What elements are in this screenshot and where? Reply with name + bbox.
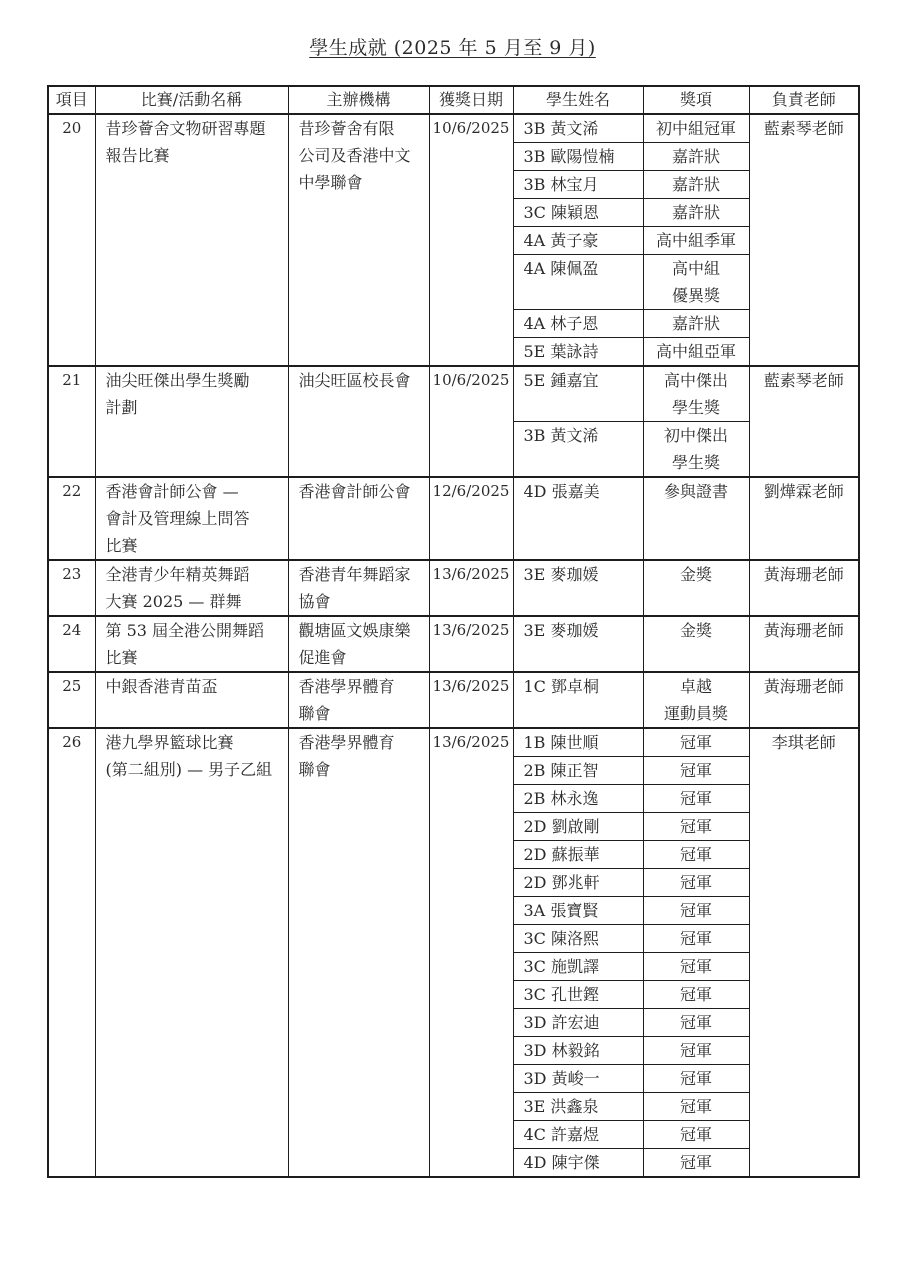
organizer-cell-line: 香港青年舞蹈家 (299, 561, 425, 588)
item-number-cell-line: 22 (49, 478, 95, 505)
award-cell-line: 冠軍 (644, 757, 749, 784)
student-name-cell-line: 3E 麥珈媛 (524, 617, 643, 644)
organizer-cell-line: 協會 (299, 588, 425, 615)
student-name-cell: 5E 鍾嘉宜 (513, 366, 643, 422)
achievements-table: 項目 比賽/活動名稱 主辦機構 獲獎日期 學生姓名 獎項 負責老師 20昔珍薈舍… (47, 85, 860, 1178)
award-date-cell: 10/6/2025 (429, 366, 513, 477)
teacher-cell-line: 藍素琴老師 (750, 367, 859, 394)
student-name-cell: 3B 黃文浠 (513, 114, 643, 143)
student-name-cell-line: 3E 麥珈媛 (524, 561, 643, 588)
activity-name-cell-line: 比賽 (106, 532, 283, 559)
organizer-cell: 香港學界體育聯會 (288, 672, 429, 728)
activity-name-cell: 香港會計師公會 —會計及管理線上問答比賽 (95, 477, 288, 560)
header-organizer: 主辦機構 (288, 86, 429, 114)
award-cell-line: 嘉許狀 (644, 143, 749, 170)
student-name-cell: 2D 鄧兆軒 (513, 869, 643, 897)
student-name-cell-line: 4A 黃子豪 (524, 227, 643, 254)
student-name-cell-line: 3D 許宏迪 (524, 1009, 643, 1036)
award-cell-line: 高中組 (644, 255, 749, 282)
award-cell: 初中組冠軍 (643, 114, 749, 143)
award-cell-line: 金獎 (644, 561, 749, 588)
activity-name-cell-line: 全港青少年精英舞蹈 (106, 561, 283, 588)
award-cell: 高中傑出學生獎 (643, 366, 749, 422)
organizer-cell-line: 昔珍薈舍有限 (299, 115, 425, 142)
award-cell: 冠軍 (643, 1037, 749, 1065)
student-name-cell: 3C 陳穎恩 (513, 199, 643, 227)
award-cell-line: 冠軍 (644, 869, 749, 896)
activity-name-cell-line: 昔珍薈舍文物研習專題 (106, 115, 283, 142)
award-date-cell-line: 13/6/2025 (430, 673, 513, 700)
award-cell: 嘉許狀 (643, 171, 749, 199)
student-name-cell: 3C 陳洛熙 (513, 925, 643, 953)
award-cell-line: 冠軍 (644, 785, 749, 812)
table-row: 20昔珍薈舍文物研習專題報告比賽昔珍薈舍有限公司及香港中文中學聯會10/6/20… (48, 114, 859, 143)
teacher-cell: 藍素琴老師 (749, 366, 859, 477)
award-cell-line: 高中傑出 (644, 367, 749, 394)
award-cell-line: 優異獎 (644, 282, 749, 309)
organizer-cell: 昔珍薈舍有限公司及香港中文中學聯會 (288, 114, 429, 366)
teacher-cell-line: 藍素琴老師 (750, 115, 859, 142)
award-date-cell-line: 12/6/2025 (430, 478, 513, 505)
award-cell-line: 學生獎 (644, 394, 749, 421)
award-date-cell-line: 13/6/2025 (430, 561, 513, 588)
organizer-cell-line: 促進會 (299, 644, 425, 671)
student-name-cell: 4A 黃子豪 (513, 227, 643, 255)
item-number-cell: 26 (48, 728, 95, 1177)
award-cell: 卓越運動員獎 (643, 672, 749, 728)
award-cell-line: 冠軍 (644, 1009, 749, 1036)
activity-name-cell: 油尖旺傑出學生獎勵計劃 (95, 366, 288, 477)
student-name-cell-line: 3B 黃文浠 (524, 422, 643, 449)
award-cell: 高中組季軍 (643, 227, 749, 255)
student-name-cell: 3B 黃文浠 (513, 422, 643, 478)
student-name-cell-line: 2B 陳正智 (524, 757, 643, 784)
award-cell-line: 冠軍 (644, 1093, 749, 1120)
item-number-cell: 21 (48, 366, 95, 477)
student-name-cell: 3E 洪鑫泉 (513, 1093, 643, 1121)
award-cell-line: 冠軍 (644, 841, 749, 868)
organizer-cell-line: 香港學界體育 (299, 673, 425, 700)
student-name-cell-line: 3B 黃文浠 (524, 115, 643, 142)
teacher-cell: 藍素琴老師 (749, 114, 859, 366)
award-date-cell: 12/6/2025 (429, 477, 513, 560)
award-cell: 冠軍 (643, 841, 749, 869)
award-cell-line: 運動員獎 (644, 700, 749, 727)
header-item: 項目 (48, 86, 95, 114)
teacher-cell-line: 黃海珊老師 (750, 673, 859, 700)
activity-name-cell: 第 53 屆全港公開舞蹈比賽 (95, 616, 288, 672)
activity-name-cell-line: 油尖旺傑出學生獎勵 (106, 367, 283, 394)
award-cell: 冠軍 (643, 869, 749, 897)
student-name-cell: 2D 蘇振華 (513, 841, 643, 869)
organizer-cell-line: 香港會計師公會 (299, 478, 425, 505)
organizer-cell-line: 油尖旺區校長會 (299, 367, 425, 394)
student-name-cell: 2B 陳正智 (513, 757, 643, 785)
award-cell-line: 金獎 (644, 617, 749, 644)
student-name-cell: 3C 施凱譯 (513, 953, 643, 981)
organizer-cell-line: 聯會 (299, 756, 425, 783)
item-number-cell-line: 25 (49, 673, 95, 700)
award-cell: 冠軍 (643, 1065, 749, 1093)
activity-name-cell-line: 第 53 屆全港公開舞蹈 (106, 617, 283, 644)
student-name-cell: 3A 張寶賢 (513, 897, 643, 925)
award-cell: 參與證書 (643, 477, 749, 560)
award-cell: 嘉許狀 (643, 143, 749, 171)
award-cell: 冠軍 (643, 1009, 749, 1037)
award-cell-line: 冠軍 (644, 1065, 749, 1092)
activity-name-cell-line: 比賽 (106, 644, 283, 671)
student-name-cell-line: 2B 林永逸 (524, 785, 643, 812)
header-activity: 比賽/活動名稱 (95, 86, 288, 114)
teacher-cell-line: 劉燁霖老師 (750, 478, 859, 505)
student-name-cell-line: 3C 孔世鏗 (524, 981, 643, 1008)
award-date-cell: 13/6/2025 (429, 560, 513, 616)
student-name-cell-line: 3C 陳洛熙 (524, 925, 643, 952)
activity-name-cell-line: (第二組別) — 男子乙組 (106, 756, 283, 783)
award-cell: 嘉許狀 (643, 199, 749, 227)
item-number-cell-line: 24 (49, 617, 95, 644)
award-cell: 冠軍 (643, 1093, 749, 1121)
student-name-cell-line: 4A 林子恩 (524, 310, 643, 337)
award-cell: 冠軍 (643, 757, 749, 785)
student-name-cell: 5E 葉詠詩 (513, 338, 643, 367)
award-cell-line: 高中組季軍 (644, 227, 749, 254)
award-date-cell: 13/6/2025 (429, 616, 513, 672)
activity-name-cell-line: 報告比賽 (106, 142, 283, 169)
award-cell-line: 初中傑出 (644, 422, 749, 449)
award-cell: 冠軍 (643, 1149, 749, 1178)
award-cell-line: 卓越 (644, 673, 749, 700)
activity-name-cell-line: 中銀香港青苗盃 (106, 673, 283, 700)
organizer-cell: 香港會計師公會 (288, 477, 429, 560)
student-name-cell: 3E 麥珈媛 (513, 616, 643, 672)
student-name-cell: 4A 陳佩盈 (513, 255, 643, 310)
activity-name-cell-line: 計劃 (106, 394, 283, 421)
header-student: 學生姓名 (513, 86, 643, 114)
activity-name-cell-line: 大賽 2025 — 群舞 (106, 588, 283, 615)
teacher-cell-line: 黃海珊老師 (750, 617, 859, 644)
table-header-row: 項目 比賽/活動名稱 主辦機構 獲獎日期 學生姓名 獎項 負責老師 (48, 86, 859, 114)
award-cell-line: 冠軍 (644, 1149, 749, 1176)
organizer-cell: 香港學界體育聯會 (288, 728, 429, 1177)
student-name-cell-line: 5E 葉詠詩 (524, 338, 643, 365)
student-name-cell: 4C 許嘉煜 (513, 1121, 643, 1149)
student-name-cell: 4A 林子恩 (513, 310, 643, 338)
student-name-cell: 2D 劉啟剛 (513, 813, 643, 841)
award-cell: 冠軍 (643, 897, 749, 925)
teacher-cell: 李琪老師 (749, 728, 859, 1177)
award-cell-line: 冠軍 (644, 729, 749, 756)
organizer-cell-line: 中學聯會 (299, 169, 425, 196)
student-name-cell-line: 3D 林毅銘 (524, 1037, 643, 1064)
award-cell: 冠軍 (643, 981, 749, 1009)
award-cell-line: 嘉許狀 (644, 199, 749, 226)
student-name-cell-line: 3B 歐陽愷楠 (524, 143, 643, 170)
student-name-cell: 3D 許宏迪 (513, 1009, 643, 1037)
award-cell-line: 學生獎 (644, 449, 749, 476)
header-teacher: 負責老師 (749, 86, 859, 114)
student-name-cell-line: 4D 張嘉美 (524, 478, 643, 505)
award-cell-line: 初中組冠軍 (644, 115, 749, 142)
award-cell: 初中傑出學生獎 (643, 422, 749, 478)
table-row: 22香港會計師公會 —會計及管理線上問答比賽香港會計師公會12/6/20254D… (48, 477, 859, 560)
award-date-cell-line: 13/6/2025 (430, 729, 513, 756)
student-name-cell: 3B 林宝月 (513, 171, 643, 199)
award-cell: 嘉許狀 (643, 310, 749, 338)
organizer-cell-line: 香港學界體育 (299, 729, 425, 756)
award-date-cell: 13/6/2025 (429, 672, 513, 728)
student-name-cell: 3E 麥珈媛 (513, 560, 643, 616)
award-date-cell: 13/6/2025 (429, 728, 513, 1177)
student-name-cell: 4D 張嘉美 (513, 477, 643, 560)
award-cell-line: 冠軍 (644, 953, 749, 980)
award-cell-line: 冠軍 (644, 897, 749, 924)
organizer-cell: 油尖旺區校長會 (288, 366, 429, 477)
student-name-cell: 1B 陳世順 (513, 728, 643, 757)
teacher-cell-line: 黃海珊老師 (750, 561, 859, 588)
award-date-cell-line: 10/6/2025 (430, 367, 513, 394)
item-number-cell: 22 (48, 477, 95, 560)
activity-name-cell: 港九學界籃球比賽(第二組別) — 男子乙組 (95, 728, 288, 1177)
item-number-cell-line: 23 (49, 561, 95, 588)
student-name-cell-line: 3A 張寶賢 (524, 897, 643, 924)
award-cell: 冠軍 (643, 953, 749, 981)
item-number-cell: 20 (48, 114, 95, 366)
student-name-cell-line: 1B 陳世順 (524, 729, 643, 756)
organizer-cell-line: 聯會 (299, 700, 425, 727)
item-number-cell-line: 20 (49, 115, 95, 142)
student-name-cell-line: 3C 陳穎恩 (524, 199, 643, 226)
activity-name-cell-line: 港九學界籃球比賽 (106, 729, 283, 756)
student-name-cell-line: 2D 鄧兆軒 (524, 869, 643, 896)
award-cell: 高中組優異獎 (643, 255, 749, 310)
item-number-cell-line: 26 (49, 729, 95, 756)
student-name-cell-line: 3D 黃峻一 (524, 1065, 643, 1092)
teacher-cell: 劉燁霖老師 (749, 477, 859, 560)
teacher-cell: 黃海珊老師 (749, 672, 859, 728)
activity-name-cell-line: 香港會計師公會 — (106, 478, 283, 505)
activity-name-cell: 昔珍薈舍文物研習專題報告比賽 (95, 114, 288, 366)
award-cell-line: 高中組亞軍 (644, 338, 749, 365)
award-date-cell-line: 13/6/2025 (430, 617, 513, 644)
student-name-cell: 4D 陳宇傑 (513, 1149, 643, 1178)
student-name-cell-line: 5E 鍾嘉宜 (524, 367, 643, 394)
award-cell-line: 嘉許狀 (644, 171, 749, 198)
award-cell: 冠軍 (643, 813, 749, 841)
organizer-cell: 香港青年舞蹈家協會 (288, 560, 429, 616)
table-row: 24第 53 屆全港公開舞蹈比賽觀塘區文娛康樂促進會13/6/20253E 麥珈… (48, 616, 859, 672)
award-cell-line: 冠軍 (644, 925, 749, 952)
student-name-cell-line: 3E 洪鑫泉 (524, 1093, 643, 1120)
organizer-cell: 觀塘區文娛康樂促進會 (288, 616, 429, 672)
award-date-cell: 10/6/2025 (429, 114, 513, 366)
award-cell: 冠軍 (643, 1121, 749, 1149)
table-row: 21油尖旺傑出學生獎勵計劃油尖旺區校長會10/6/20255E 鍾嘉宜高中傑出學… (48, 366, 859, 422)
student-name-cell-line: 2D 劉啟剛 (524, 813, 643, 840)
document-page: 學生成就 (2025 年 5 月至 9 月) 項目 比賽/活動名稱 主辦機構 獲… (0, 0, 905, 1280)
student-name-cell: 3D 林毅銘 (513, 1037, 643, 1065)
activity-name-cell: 全港青少年精英舞蹈大賽 2025 — 群舞 (95, 560, 288, 616)
award-cell-line: 冠軍 (644, 1121, 749, 1148)
item-number-cell: 23 (48, 560, 95, 616)
organizer-cell-line: 觀塘區文娛康樂 (299, 617, 425, 644)
student-name-cell: 3C 孔世鏗 (513, 981, 643, 1009)
award-cell-line: 嘉許狀 (644, 310, 749, 337)
award-cell: 冠軍 (643, 728, 749, 757)
page-title: 學生成就 (2025 年 5 月至 9 月) (0, 0, 905, 60)
award-cell: 高中組亞軍 (643, 338, 749, 367)
award-cell: 金獎 (643, 616, 749, 672)
teacher-cell: 黃海珊老師 (749, 616, 859, 672)
award-cell: 冠軍 (643, 925, 749, 953)
item-number-cell: 25 (48, 672, 95, 728)
item-number-cell-line: 21 (49, 367, 95, 394)
award-cell: 冠軍 (643, 785, 749, 813)
student-name-cell-line: 3B 林宝月 (524, 171, 643, 198)
student-name-cell-line: 2D 蘇振華 (524, 841, 643, 868)
table-row: 25中銀香港青苗盃香港學界體育聯會13/6/20251C 鄧卓桐卓越運動員獎黃海… (48, 672, 859, 728)
award-cell-line: 參與證書 (644, 478, 749, 505)
item-number-cell: 24 (48, 616, 95, 672)
header-award: 獎項 (643, 86, 749, 114)
teacher-cell-line: 李琪老師 (750, 729, 859, 756)
student-name-cell-line: 4C 許嘉煜 (524, 1121, 643, 1148)
student-name-cell-line: 3C 施凱譯 (524, 953, 643, 980)
student-name-cell: 2B 林永逸 (513, 785, 643, 813)
table-row: 26港九學界籃球比賽(第二組別) — 男子乙組香港學界體育聯會13/6/2025… (48, 728, 859, 757)
award-date-cell-line: 10/6/2025 (430, 115, 513, 142)
student-name-cell: 3B 歐陽愷楠 (513, 143, 643, 171)
table-body: 20昔珍薈舍文物研習專題報告比賽昔珍薈舍有限公司及香港中文中學聯會10/6/20… (48, 114, 859, 1177)
activity-name-cell: 中銀香港青苗盃 (95, 672, 288, 728)
teacher-cell: 黃海珊老師 (749, 560, 859, 616)
student-name-cell-line: 4D 陳宇傑 (524, 1149, 643, 1176)
activity-name-cell-line: 會計及管理線上問答 (106, 505, 283, 532)
award-cell-line: 冠軍 (644, 1037, 749, 1064)
award-cell-line: 冠軍 (644, 981, 749, 1008)
award-cell-line: 冠軍 (644, 813, 749, 840)
student-name-cell: 3D 黃峻一 (513, 1065, 643, 1093)
organizer-cell-line: 公司及香港中文 (299, 142, 425, 169)
table-row: 23全港青少年精英舞蹈大賽 2025 — 群舞香港青年舞蹈家協會13/6/202… (48, 560, 859, 616)
header-date: 獲獎日期 (429, 86, 513, 114)
student-name-cell-line: 4A 陳佩盈 (524, 255, 643, 282)
student-name-cell-line: 1C 鄧卓桐 (524, 673, 643, 700)
award-cell: 金獎 (643, 560, 749, 616)
student-name-cell: 1C 鄧卓桐 (513, 672, 643, 728)
